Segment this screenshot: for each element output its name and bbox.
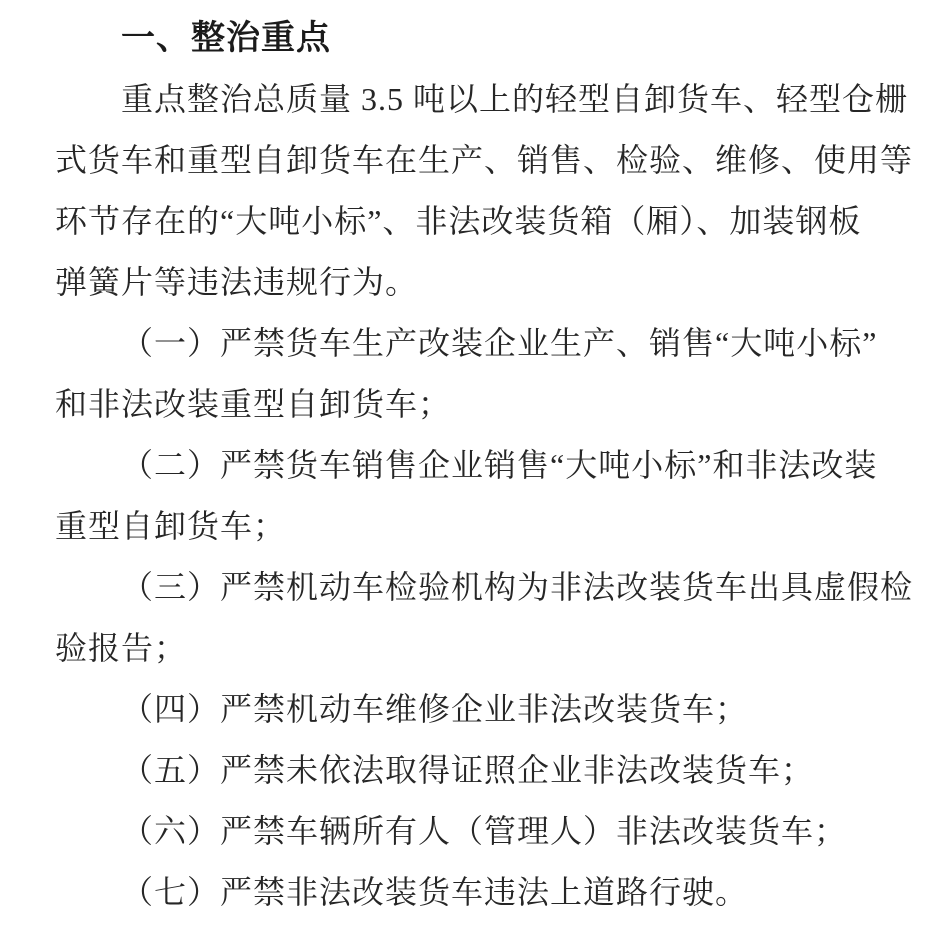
- list-item-line: 重型自卸货车；: [55, 496, 914, 557]
- list-item-line: （六）严禁车辆所有人（管理人）非法改装货车；: [121, 801, 914, 862]
- list-item-line: 和非法改装重型自卸货车；: [55, 374, 914, 435]
- list-item-line: 验报告；: [55, 618, 914, 679]
- paragraph-line: 式货车和重型自卸货车在生产、销售、检验、维修、使用等: [55, 130, 914, 191]
- document-body: 一、整治重点 重点整治总质量 3.5 吨以上的轻型自卸货车、轻型仓栅 式货车和重…: [55, 8, 914, 923]
- list-item-line: （四）严禁机动车维修企业非法改装货车；: [121, 679, 914, 740]
- document-page: 一、整治重点 重点整治总质量 3.5 吨以上的轻型自卸货车、轻型仓栅 式货车和重…: [0, 0, 934, 940]
- list-item-line: （一）严禁货车生产改装企业生产、销售“大吨小标”: [121, 313, 914, 374]
- list-item-line: （三）严禁机动车检验机构为非法改装货车出具虚假检: [121, 557, 914, 618]
- section-heading: 一、整治重点: [121, 8, 914, 69]
- list-item-line: （五）严禁未依法取得证照企业非法改装货车；: [121, 740, 914, 801]
- list-item-line: （七）严禁非法改装货车违法上道路行驶。: [121, 862, 914, 923]
- paragraph-line: 弹簧片等违法违规行为。: [55, 252, 914, 313]
- paragraph-line: 环节存在的“大吨小标”、非法改装货箱（厢）、加装钢板: [55, 191, 914, 252]
- list-item-line: （二）严禁货车销售企业销售“大吨小标”和非法改装: [121, 435, 914, 496]
- paragraph-line: 重点整治总质量 3.5 吨以上的轻型自卸货车、轻型仓栅: [121, 69, 914, 130]
